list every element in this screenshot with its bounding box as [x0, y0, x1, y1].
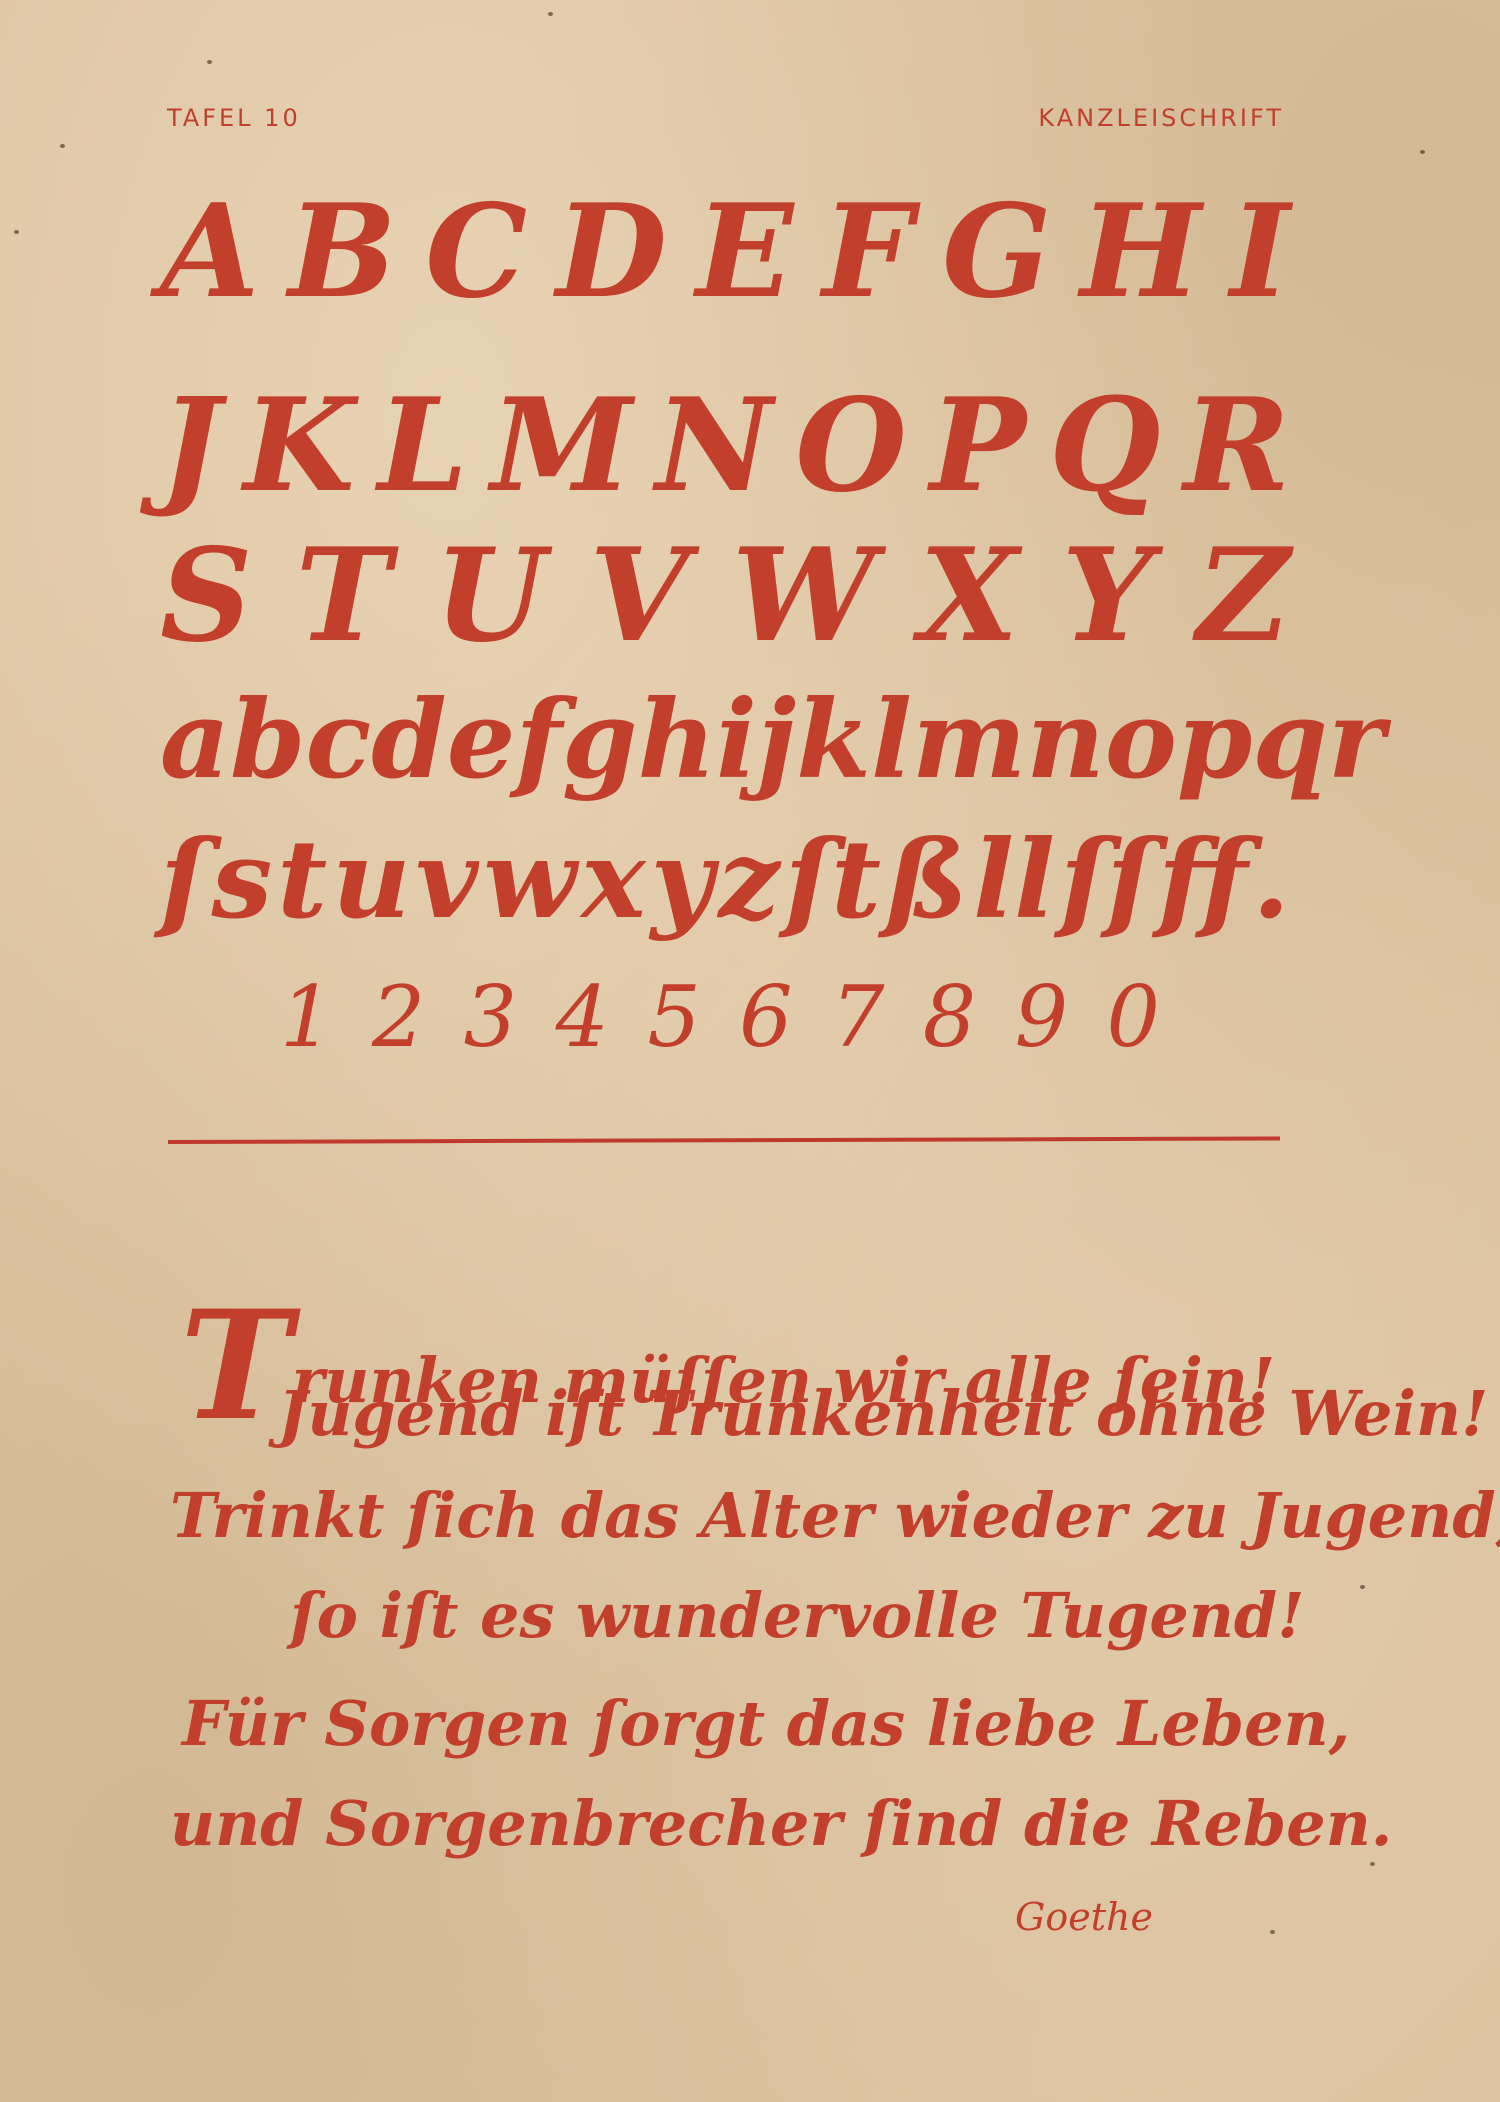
- glyph: l: [871, 686, 912, 794]
- glyph: B: [288, 188, 396, 316]
- digit: 4: [555, 975, 608, 1059]
- paper-speck: [1370, 1862, 1375, 1866]
- paper-speck: [548, 12, 553, 16]
- glyph: Z: [1196, 532, 1289, 660]
- ligature: ſt: [785, 826, 881, 934]
- glyph: g: [562, 686, 638, 794]
- glyph: E: [696, 188, 794, 316]
- glyph: S: [160, 532, 252, 660]
- glyph: p: [1177, 686, 1253, 794]
- glyph: o: [1105, 686, 1177, 794]
- glyph: y: [651, 826, 714, 934]
- glyph: G: [942, 188, 1051, 316]
- poem-line: und Sorgenbrecher ſind die Reben.: [170, 1793, 1392, 1855]
- ligature: ff: [1158, 826, 1247, 934]
- paper-speck: [1360, 1585, 1365, 1589]
- glyph: Q: [1049, 382, 1161, 510]
- ligature: ſſ: [1060, 826, 1153, 934]
- specimen-page: TAFEL 10 KANZLEISCHRIFT A B C D E F G H …: [0, 0, 1500, 2102]
- glyph: j: [757, 686, 796, 794]
- glyph: R: [1184, 382, 1290, 510]
- digits-row: 1 2 3 4 5 6 7 8 9 0: [280, 975, 1160, 1059]
- section-divider: [168, 1137, 1280, 1144]
- paper-speck: [14, 230, 19, 234]
- glyph: q: [1252, 686, 1328, 794]
- digit: 2: [372, 975, 425, 1059]
- glyph: D: [556, 188, 667, 316]
- glyph: h: [637, 686, 716, 794]
- paper-speck: [60, 144, 65, 148]
- poem-line: Trinkt ſich das Alter wieder zu Jugend,: [170, 1485, 1500, 1547]
- glyph: s: [211, 826, 272, 934]
- glyph: N: [655, 382, 772, 510]
- paper-speck: [1270, 1930, 1275, 1934]
- poem-line: Jugend iſt Trunkenheit ohne Wein!: [278, 1383, 1488, 1445]
- paper-speck: [207, 60, 212, 64]
- uppercase-row-3: S T U V W X Y Z: [160, 532, 1290, 660]
- glyph: P: [930, 382, 1026, 510]
- punctuation: .: [1252, 826, 1290, 934]
- glyph: X: [919, 532, 1018, 660]
- digit: 0: [1106, 975, 1159, 1059]
- glyph: L: [378, 382, 468, 510]
- poem-author: Goethe: [1015, 1895, 1153, 1939]
- uppercase-row-1: A B C D E F G H I: [160, 188, 1290, 316]
- glyph: a: [160, 686, 230, 794]
- glyph: C: [425, 188, 527, 316]
- glyph: U: [434, 532, 546, 660]
- glyph: H: [1080, 188, 1201, 316]
- glyph: d: [371, 686, 447, 794]
- glyph: r: [1328, 686, 1385, 794]
- lowercase-row-2: ſ s t u v w x y z ſt ß ll ſſ ff .: [160, 826, 1290, 934]
- glyph: T: [296, 532, 391, 660]
- glyph: u: [332, 826, 411, 934]
- paper-speck: [1420, 150, 1425, 154]
- glyph: f: [516, 686, 562, 794]
- glyph: z: [718, 826, 779, 934]
- glyph: A: [160, 188, 259, 316]
- poem-line: Für Sorgen ſorgt das liebe Leben,: [182, 1693, 1350, 1755]
- glyph: O: [795, 382, 907, 510]
- glyph: Y: [1062, 532, 1153, 660]
- lowercase-row-1: a b c d e f g h i j k l m n o p q r: [160, 686, 1290, 794]
- plate-label: TAFEL 10: [167, 104, 301, 132]
- glyph: t: [277, 826, 327, 934]
- glyph: F: [822, 188, 913, 316]
- glyph: k: [796, 686, 871, 794]
- glyph: I: [1230, 188, 1290, 316]
- glyph: v: [416, 826, 479, 934]
- glyph: e: [447, 686, 516, 794]
- digit: 6: [739, 975, 792, 1059]
- glyph: w: [483, 826, 576, 934]
- digit: 8: [923, 975, 976, 1059]
- glyph: b: [230, 686, 306, 794]
- ligature: ß: [886, 826, 968, 934]
- digit: 9: [1015, 975, 1068, 1059]
- glyph: M: [491, 382, 633, 510]
- glyph: i: [716, 686, 757, 794]
- glyph: c: [306, 686, 372, 794]
- decorated-initial: T: [180, 1278, 292, 1454]
- digit: 1: [280, 975, 333, 1059]
- glyph: ſ: [160, 826, 206, 934]
- glyph: V: [589, 532, 688, 660]
- digit: 3: [464, 975, 517, 1059]
- glyph: J: [160, 382, 221, 510]
- glyph: n: [1026, 686, 1105, 794]
- ligature: ll: [973, 826, 1055, 934]
- glyph: m: [912, 686, 1026, 794]
- glyph: K: [244, 382, 355, 510]
- script-name-title: KANZLEISCHRIFT: [1038, 104, 1284, 132]
- uppercase-row-2: J K L M N O P Q R: [160, 382, 1290, 510]
- glyph: x: [581, 826, 645, 934]
- digit: 7: [831, 975, 884, 1059]
- glyph: W: [732, 532, 876, 660]
- digit: 5: [647, 975, 700, 1059]
- poem-line: ſo iſt es wundervolle Tugend!: [290, 1585, 1304, 1647]
